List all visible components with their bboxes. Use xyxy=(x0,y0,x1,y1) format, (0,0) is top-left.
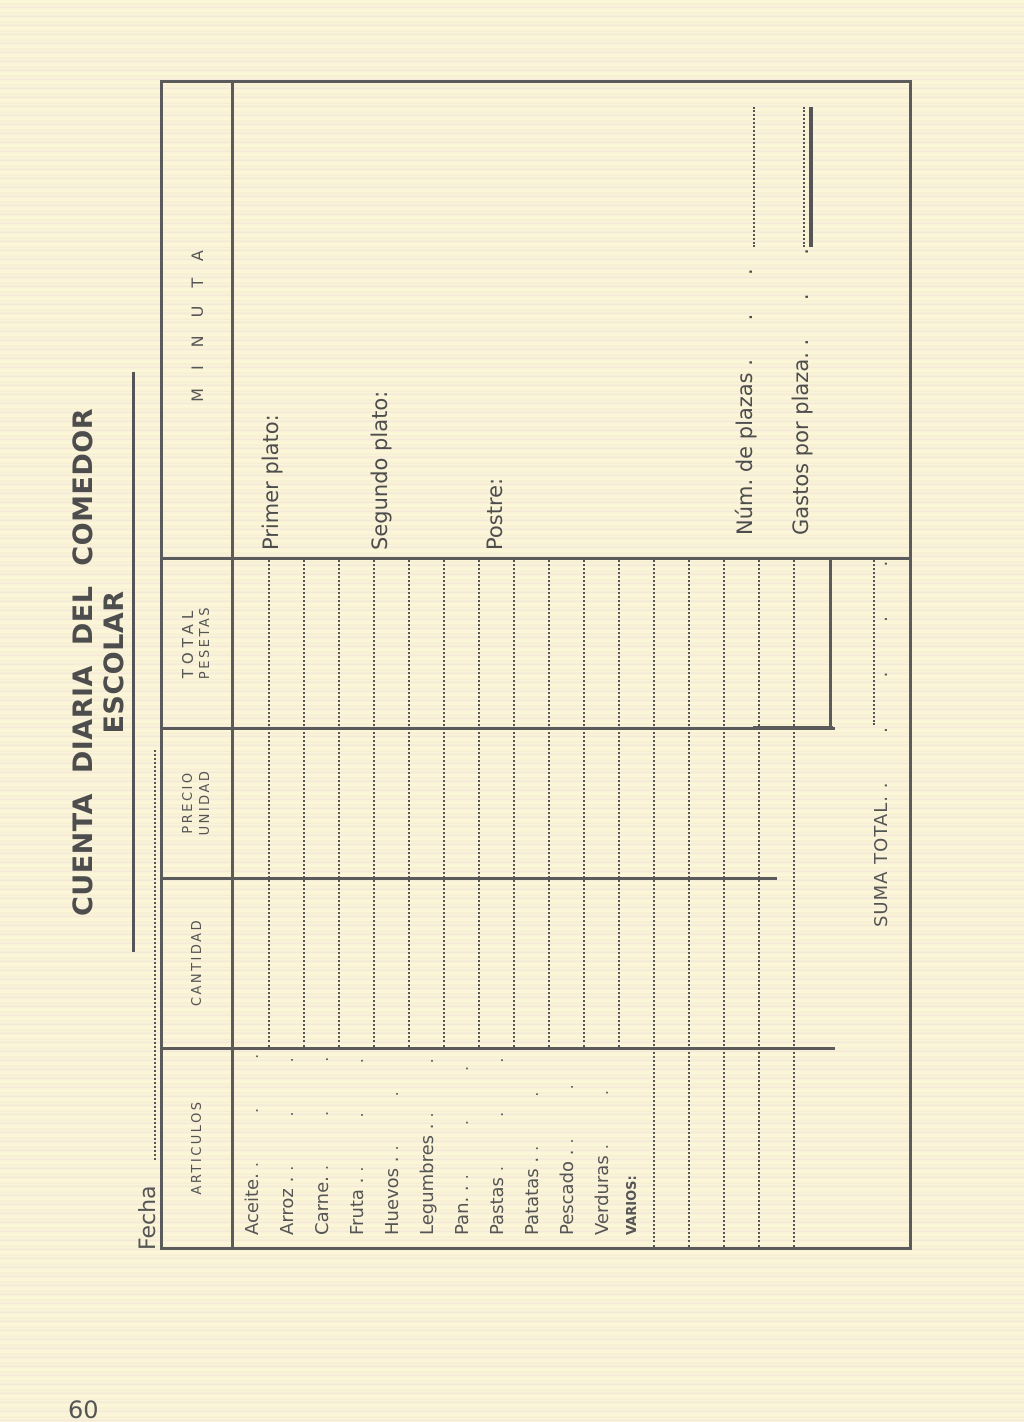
article-label: VARIOS: xyxy=(625,1175,640,1235)
subtotal-box-bottom xyxy=(829,557,832,727)
col-divider-precio xyxy=(163,877,777,880)
header-total-line1: TOTAL xyxy=(180,606,197,679)
article-row: Aceite. . . . . . xyxy=(235,1049,270,1235)
gastos-underline xyxy=(809,107,813,247)
entry-line[interactable] xyxy=(723,560,725,1247)
col-divider-minuta xyxy=(163,557,909,560)
suma-total-text: SUMA TOTAL. xyxy=(871,795,892,927)
header-minuta-label: MINUTA xyxy=(189,232,206,402)
entry-line[interactable] xyxy=(793,560,795,1247)
article-label: Legumbres . xyxy=(417,1124,438,1235)
article-row: Legumbres . . . . . . xyxy=(410,1049,445,1235)
article-row: Pastas . . . . . xyxy=(480,1049,515,1235)
header-articulos-label: ARTICULOS xyxy=(189,1099,206,1194)
leader-dots: . . . . . xyxy=(593,1049,612,1149)
entry-line[interactable] xyxy=(443,560,445,1047)
header-cantidad-label: CANTIDAD xyxy=(189,918,206,1006)
leader-dots: . . . . . xyxy=(383,1049,402,1150)
article-row: Arroz . . . . . . xyxy=(270,1049,305,1235)
gastos-por-plaza-text: Gastos por plaza. xyxy=(789,352,813,535)
header-total-line2: PESETAS xyxy=(197,605,214,679)
col-divider-total xyxy=(163,727,835,730)
suma-total-label: SUMA TOTAL. . . . . . xyxy=(871,539,892,927)
leader-dots: . . . . . xyxy=(418,1049,437,1118)
header-separator xyxy=(231,83,234,1247)
num-plazas-text: Núm. de plazas xyxy=(733,372,757,535)
article-row: Patatas . . . . . . xyxy=(515,1049,550,1235)
article-row: Pescado . . . . . . xyxy=(550,1049,585,1235)
leader-dots: . . . . . xyxy=(278,1049,297,1171)
article-label: Patatas . xyxy=(522,1157,543,1235)
article-row: Carne. . . . . . xyxy=(305,1049,340,1235)
header-precio-line2: UNIDAD xyxy=(197,769,214,836)
entry-line[interactable] xyxy=(688,560,690,1247)
entry-line[interactable] xyxy=(373,560,375,1047)
entry-line[interactable] xyxy=(758,560,760,1247)
article-label: Arroz . xyxy=(277,1177,298,1235)
entry-line[interactable] xyxy=(653,560,655,1247)
header-minuta: MINUTA xyxy=(163,77,231,557)
article-label: Huevos . xyxy=(382,1156,403,1235)
entry-line[interactable] xyxy=(303,560,305,1047)
article-label: Verduras xyxy=(592,1155,613,1235)
entry-line[interactable] xyxy=(618,560,620,1047)
article-label: Pan. . xyxy=(452,1185,473,1235)
entry-line[interactable] xyxy=(268,560,270,1047)
gastos-por-plaza-input-line[interactable] xyxy=(803,107,805,247)
leader-dots: . . . . . xyxy=(558,1049,577,1144)
header-cantidad: CANTIDAD xyxy=(163,877,231,1047)
subtotal-box-edge xyxy=(753,726,833,730)
header-precio-line1: PRECIO xyxy=(180,770,197,833)
article-label: Aceite. xyxy=(242,1173,263,1235)
leader-dots: . . . . . xyxy=(243,1049,262,1167)
form-sheet: CUENTA DIARIA DEL COMEDOR ESCOLAR Fecha … xyxy=(0,0,1024,1422)
entry-line[interactable] xyxy=(513,560,515,1047)
segundo-plato-label: Segundo plato: xyxy=(368,391,392,550)
entry-line[interactable] xyxy=(338,560,340,1047)
header-total: TOTAL PESETAS xyxy=(163,557,231,727)
fecha-label: Fecha xyxy=(136,1185,161,1250)
num-plazas-input-line[interactable] xyxy=(753,107,755,247)
primer-plato-label: Primer plato: xyxy=(259,414,283,550)
article-label: Carne. xyxy=(312,1176,333,1235)
entry-line[interactable] xyxy=(548,560,550,1047)
leader-dots: . . . . . xyxy=(453,1049,472,1179)
leader-dots: . . . . . xyxy=(523,1049,542,1151)
leader-dots: . . . . . xyxy=(488,1049,507,1171)
article-label: Pescado . xyxy=(557,1150,578,1235)
leader-dots: . . . xyxy=(733,252,757,365)
entry-line[interactable] xyxy=(583,560,585,1047)
article-row: Fruta . . . . . . xyxy=(340,1049,375,1235)
accounts-table: ARTICULOS CANTIDAD PRECIO UNIDAD TOTAL P… xyxy=(160,80,912,1250)
article-label: Pastas xyxy=(487,1177,508,1235)
header-articulos: ARTICULOS xyxy=(163,1047,231,1247)
fecha-input-line[interactable] xyxy=(154,750,156,1160)
article-row-varios: VARIOS: xyxy=(615,1049,650,1235)
leader-dots: . . . xyxy=(789,232,813,345)
postre-label: Postre: xyxy=(483,478,507,550)
leader-dots: . . . . . xyxy=(313,1049,332,1170)
entry-line[interactable] xyxy=(408,560,410,1047)
article-row: Huevos . . . . . . xyxy=(375,1049,410,1235)
num-plazas-label: Núm. de plazas . . . xyxy=(733,252,757,535)
page-title: CUENTA DIARIA DEL COMEDOR ESCOLAR xyxy=(68,372,135,952)
gastos-por-plaza-label: Gastos por plaza. . . . xyxy=(789,232,813,535)
leader-dots: . . . . . xyxy=(871,539,892,789)
article-label: Fruta . xyxy=(347,1178,368,1235)
header-precio: PRECIO UNIDAD xyxy=(163,727,231,877)
leader-dots: . . . . . xyxy=(348,1049,367,1172)
article-row: Pan. . . . . . . xyxy=(445,1049,480,1235)
entry-line[interactable] xyxy=(478,560,480,1047)
